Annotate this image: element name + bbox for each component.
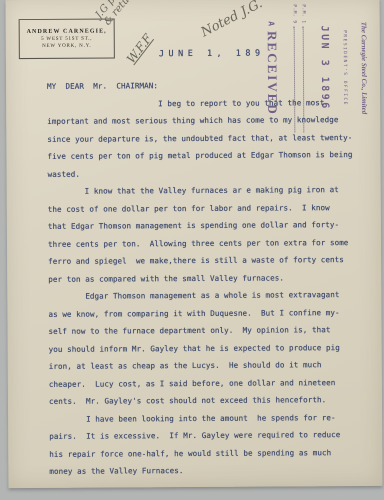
letter-body: MY DEAR Mr. CHAIRMAN: I beg to report to… (47, 76, 379, 481)
letter-line: I know that the Valley furnaces ar e mak… (48, 181, 378, 201)
letter-line: iron, at least as cheap as the Lucys. He… (49, 356, 379, 376)
letter-line: money as the Valley Furnaces. (49, 461, 379, 481)
letter-line: as we know, from comparing it with Duque… (48, 303, 378, 323)
letter-line: you should inform Mr. Gayley that he is … (49, 338, 379, 358)
letterhead-box: ANDREW CARNEGIE, 5 WEST 51ST ST., NEW YO… (19, 18, 115, 59)
letter-line: MY DEAR Mr. CHAIRMAN: (47, 76, 377, 96)
letter-line: pairs. It is excessive. If Mr. Gayley we… (49, 426, 379, 446)
letterhead-name: ANDREW CARNEGIE, (27, 29, 107, 35)
letter-line: that Edgar Thomson management is spendin… (48, 216, 378, 236)
letter-line: since your departure is, the undoubted f… (47, 128, 377, 148)
letter-line: five cents per ton of pig metal produced… (47, 146, 377, 166)
letter-line: the cost of one dollar per ton for labor… (48, 198, 378, 218)
scanned-letter-screen: ANDREW CARNEGIE, 5 WEST 51ST ST., NEW YO… (0, 0, 384, 500)
letter-line: per ton as compared with the small Valle… (48, 268, 378, 288)
letter-line: Edgar Thomson management as a whole is m… (48, 286, 378, 306)
letter-line: self now to the furnace department only.… (48, 321, 378, 341)
letter-paper: ANDREW CARNEGIE, 5 WEST 51ST ST., NEW YO… (6, 0, 383, 488)
stamp-time-label-2: P.M. 9 (292, 4, 297, 23)
letter-line: cheaper. Lucy cost, as I said before, on… (49, 373, 379, 393)
letter-line: I have been looking into the amount he s… (49, 408, 379, 428)
letter-line: I beg to report to you that the most (47, 93, 377, 113)
typed-date: JUNE 1, 189 (159, 49, 265, 60)
letterhead-address1: 5 WEST 51ST ST., (41, 37, 92, 42)
letter-line: wasted. (48, 163, 378, 183)
stamp-time-label-1: P.M. 1 (301, 4, 306, 23)
stamp-pointer-mark: A (267, 21, 276, 26)
letter-line: his repair force one-half, he would stil… (49, 443, 379, 463)
letterhead-address2: NEW YORK, N.Y. (42, 44, 91, 49)
handwritten-noted: Noted J.G. (199, 0, 265, 40)
letter-line: ferro and spiegel we make,there is still… (48, 251, 378, 271)
letter-line: important and most serious thing which h… (47, 111, 377, 131)
letter-line: cents. Mr. Gayley's cost should not exce… (49, 391, 379, 411)
handwritten-initials: W.F.F (124, 32, 155, 66)
letter-line: three cents per ton. Allowing three cent… (48, 233, 378, 253)
